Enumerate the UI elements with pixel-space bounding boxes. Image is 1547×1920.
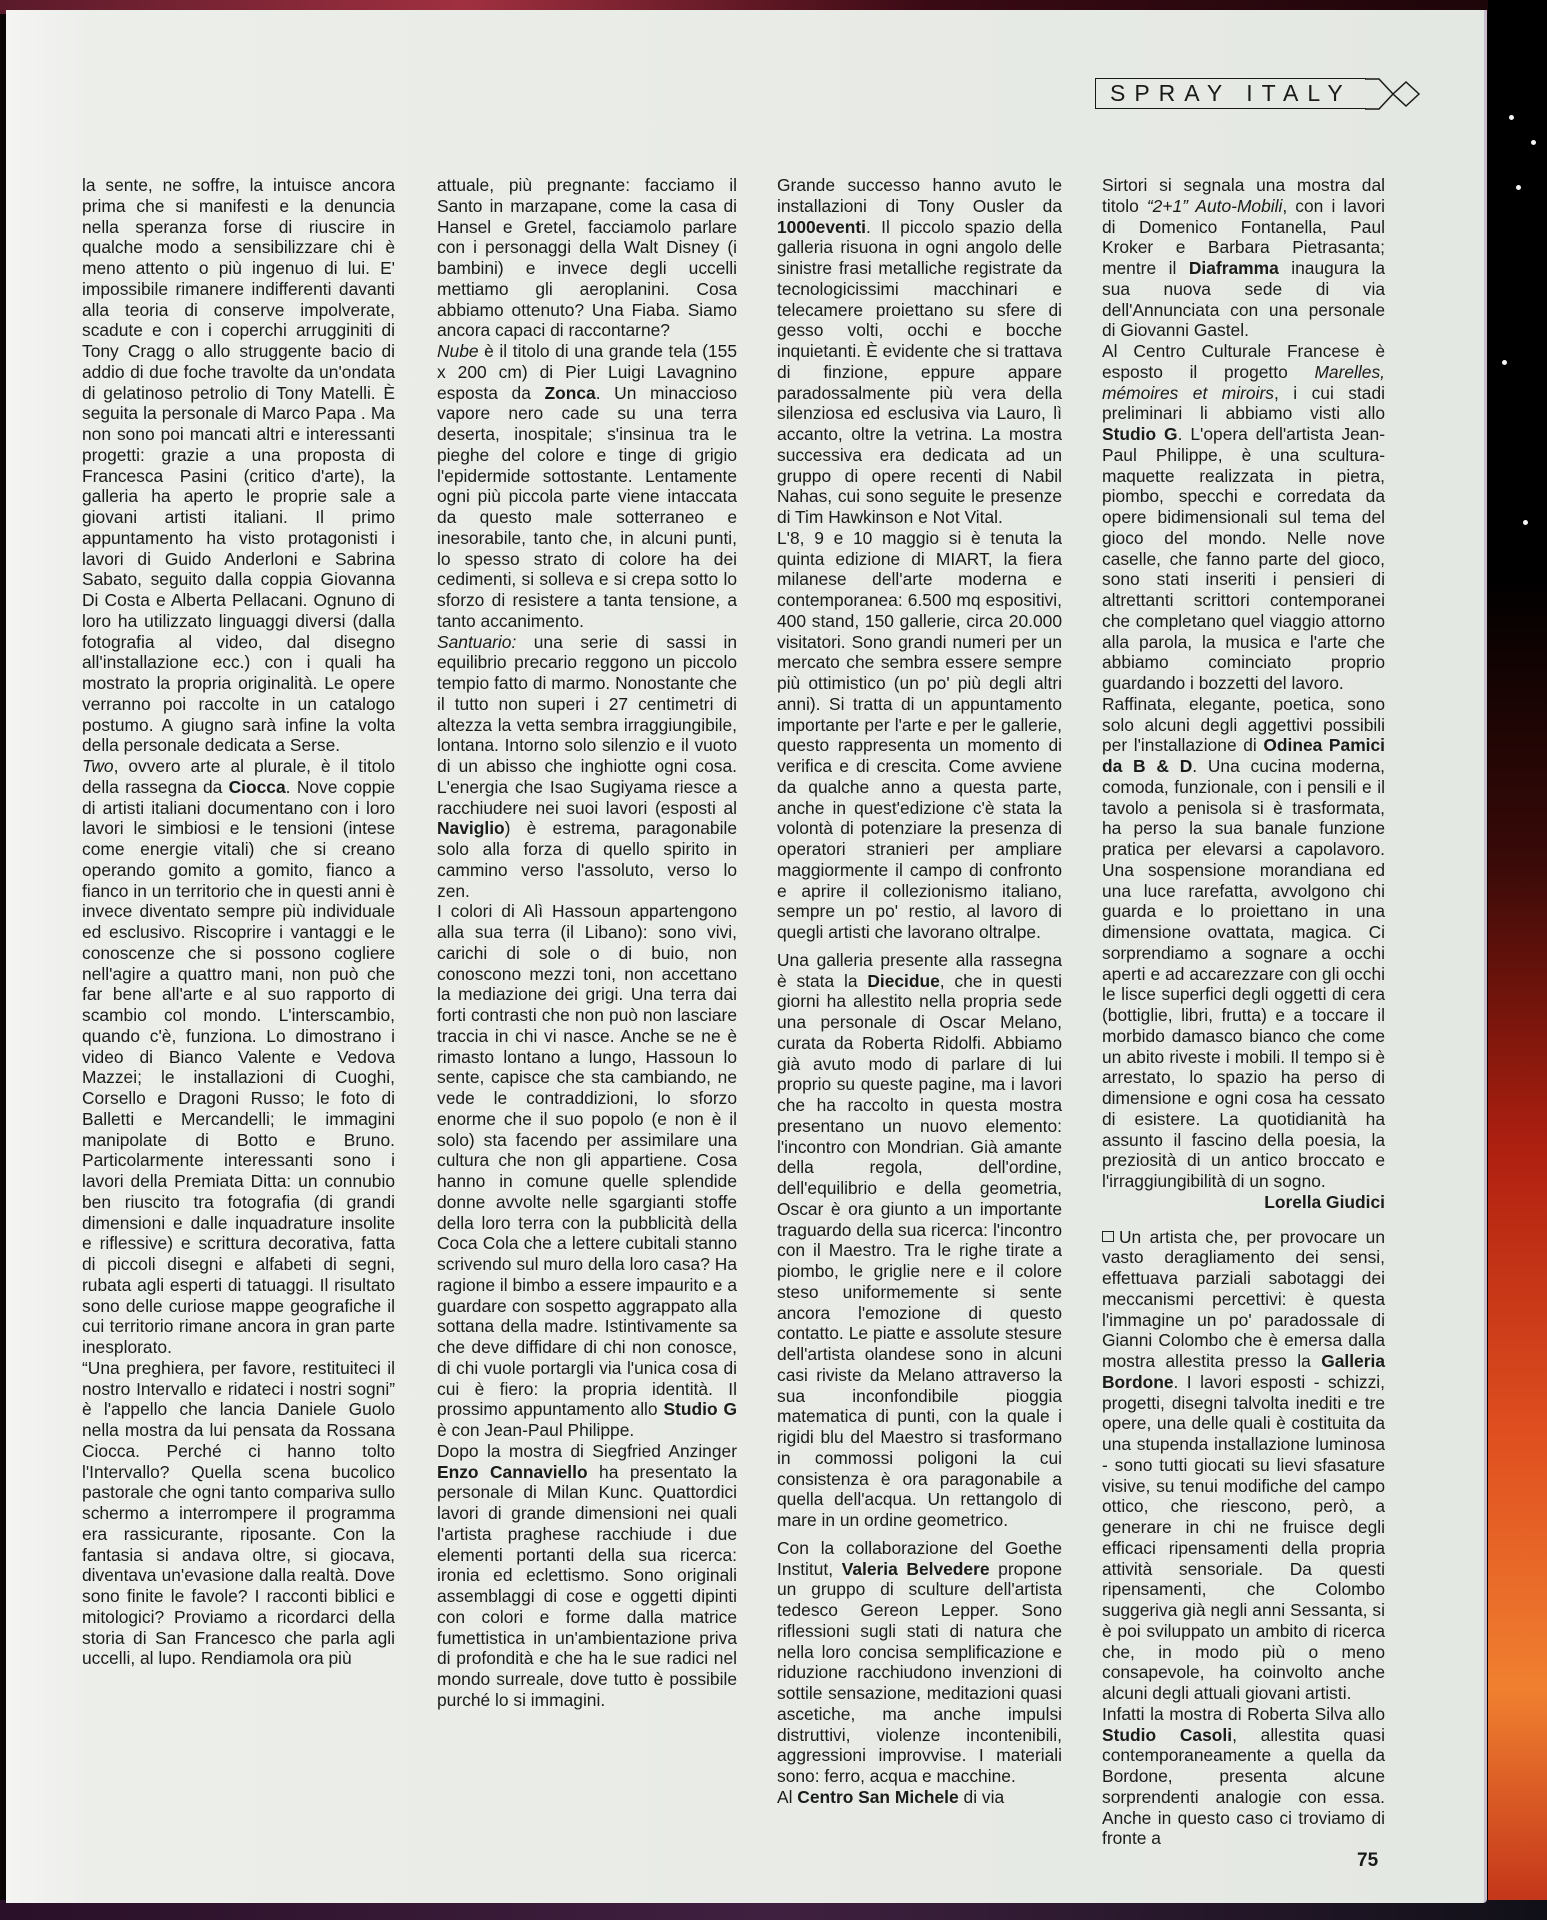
- article-column-2: attuale, più pregnante: facciamo il Sant…: [437, 175, 737, 1711]
- paragraph-odinea-pamici: Raffinata, elegante, poetica, sono solo …: [1102, 694, 1385, 1213]
- paragraph-cragg-matelli: la sente, ne soffre, la intuisce ancora …: [82, 175, 395, 756]
- title-italic: Nube: [437, 341, 479, 361]
- paragraph-colombo: Un artista che, per provocare un vasto d…: [1102, 1227, 1385, 1704]
- gallery-name: Studio Casoli: [1102, 1725, 1232, 1745]
- paragraph-san-michele: Al Centro San Michele di via: [777, 1787, 1062, 1808]
- section-tag-label: SPRAY ITALY: [1095, 78, 1366, 109]
- star-dot: [1502, 360, 1507, 365]
- gallery-name: Enzo Cannaviello: [437, 1462, 588, 1482]
- gallery-name: Studio G: [1102, 424, 1178, 444]
- paragraph-centro-francese: Al Centro Culturale Francese è esposto i…: [1102, 341, 1385, 694]
- paragraph-sirtori: Sirtori si segnala una mostra dal titolo…: [1102, 175, 1385, 341]
- paragraph-casoli: Infatti la mostra di Roberta Silva allo …: [1102, 1704, 1385, 1849]
- gallery-name: Valeria Belvedere: [842, 1559, 990, 1579]
- article-column-3: Grande successo hanno avuto le installaz…: [777, 175, 1062, 1808]
- section-header: SPRAY ITALY: [1095, 78, 1421, 109]
- gallery-name: Zonca: [545, 383, 596, 403]
- gallery-name: Diecidue: [867, 971, 939, 991]
- author-signature: Lorella Giudici: [1102, 1192, 1385, 1213]
- title-italic: Santuario:: [437, 632, 516, 652]
- paragraph-miart: L'8, 9 e 10 maggio si è tenuta la quinta…: [777, 528, 1062, 943]
- article-column-4: Sirtori si segnala una mostra dal titolo…: [1102, 175, 1385, 1849]
- paragraph-diecidue: Una galleria presente alla rassegna è st…: [777, 950, 1062, 1531]
- title-italic: “2+1” Auto-Mobili: [1147, 196, 1283, 216]
- gallery-name: Centro San Michele: [797, 1787, 958, 1807]
- paragraph-intervallo: “Una preghiera, per favore, restituiteci…: [82, 1358, 395, 1669]
- paragraph-nube: Nube è il titolo di una grande tela (155…: [437, 341, 737, 632]
- background-photo-bottom-edge: [0, 1900, 1547, 1920]
- gallery-name: Ciocca: [229, 777, 286, 797]
- star-dot: [1523, 520, 1528, 525]
- paragraph-goethe: Con la collaborazione del Goethe Institu…: [777, 1538, 1062, 1787]
- square-bullet-icon: [1102, 1231, 1114, 1242]
- paragraph-santuario: Santuario: una serie di sassi in equilib…: [437, 632, 737, 902]
- page-number: 75: [1357, 1850, 1378, 1872]
- background-photo-right-edge: [1488, 0, 1547, 1920]
- article-column-1: la sente, ne soffre, la intuisce ancora …: [82, 175, 395, 1669]
- paragraph-two-ciocca: Two, ovvero arte al plurale, è il titolo…: [82, 756, 395, 1358]
- gallery-name: Diaframma: [1189, 258, 1279, 278]
- star-dot: [1516, 185, 1521, 190]
- paragraph-kunc: Dopo la mostra di Siegfried Anzinger Enz…: [437, 1441, 737, 1711]
- star-dot: [1509, 115, 1514, 120]
- star-dot: [1531, 140, 1536, 145]
- gallery-name: Studio G: [664, 1399, 738, 1419]
- gallery-name: Naviglio: [437, 818, 505, 838]
- paragraph-hassoun: I colori di Alì Hassoun appartengono all…: [437, 901, 737, 1441]
- gallery-name: 1000eventi: [777, 217, 866, 237]
- paragraph-fiaba: attuale, più pregnante: facciamo il Sant…: [437, 175, 737, 341]
- paragraph-ousler: Grande successo hanno avuto le installaz…: [777, 175, 1062, 528]
- arrow-diamond-icon: [1365, 78, 1421, 110]
- title-italic: Two: [82, 756, 114, 776]
